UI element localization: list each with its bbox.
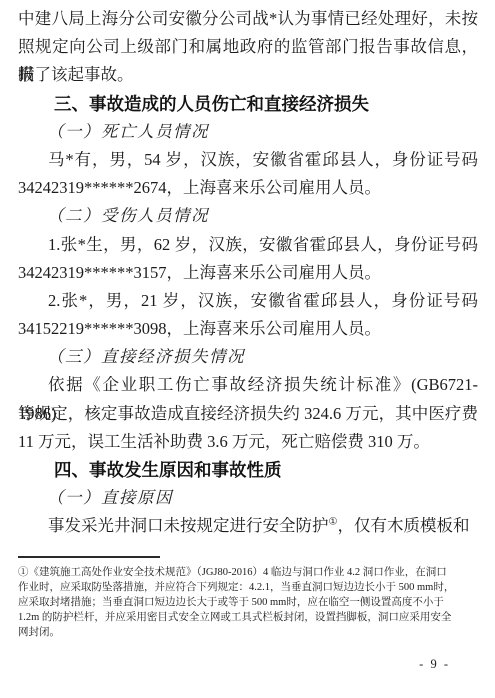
- body-line: 依据《企业职工伤亡事故经济损失统计标准》(GB6721-1986): [18, 371, 478, 399]
- footnote-line: 1.2m 的防护栏杆，并应采用密目式安全立网或工具式栏板封闭，设置挡脚板，洞口应…: [18, 610, 480, 625]
- subsection-heading-economic-loss: （三）直接经济损失情况: [18, 343, 478, 371]
- section-heading-3: 三、事故造成的人员伤亡和直接经济损失: [18, 90, 478, 118]
- body-line: 照规定向公司上级部门和属地政府的监管部门报告事故信息，瞒: [18, 33, 478, 61]
- cause-text-post: ，仅有木质模板和: [337, 516, 469, 535]
- body-line: 34152219******3098，上海喜来乐公司雇用人员。: [18, 315, 478, 343]
- document-body: 中建八局上海分公司安徽分公司战*认为事情已经处理好，未按 照规定向公司上级部门和…: [18, 5, 478, 541]
- document-page: 中建八局上海分公司安徽分公司战*认为事情已经处理好，未按 照规定向公司上级部门和…: [0, 0, 495, 698]
- body-line: 34242319******3157，上海喜来乐公司雇用人员。: [18, 259, 478, 287]
- body-line: 等规定，核定事故造成直接经济损失约 324.6 万元，其中医疗费: [18, 400, 478, 428]
- body-line: 事发采光井洞口未按规定进行安全防护①，仅有木质模板和: [18, 512, 478, 540]
- footnote-line: 作业时，应采取防坠落措施，并应符合下列规定：4.2.1，当垂直洞口短边边长小于 …: [18, 580, 480, 595]
- subsection-heading-death: （一）死亡人员情况: [18, 118, 478, 146]
- section-heading-4: 四、事故发生原因和事故性质: [18, 456, 478, 484]
- subsection-heading-direct-cause: （一）直接原因: [18, 484, 478, 512]
- footnote-line: ①《建筑施工高处作业安全技术规范》（JGJ80-2016）4 临边与洞口作业 4…: [18, 565, 480, 580]
- body-line: 马*有，男，54 岁，汉族，安徽省霍邱县人，身份证号码: [18, 146, 478, 174]
- page-number: - 9 -: [419, 657, 450, 672]
- cause-text-pre: 事发采光井洞口未按规定进行安全防护: [48, 516, 329, 535]
- footnote-block: ①《建筑施工高处作业安全技术规范》（JGJ80-2016）4 临边与洞口作业 4…: [18, 556, 480, 640]
- body-line: 11 万元，误工生活补助费 3.6 万元，死亡赔偿费 310 万。: [18, 428, 478, 456]
- footnote-divider: [18, 556, 160, 558]
- footnote-line: 应采取封堵措施；当垂直洞口短边边长大于或等于 500 mm时，应在临空一侧设置高…: [18, 595, 480, 610]
- body-line: 34242319******2674，上海喜来乐公司雇用人员。: [18, 174, 478, 202]
- subsection-heading-injured: （二）受伤人员情况: [18, 202, 478, 230]
- body-line: 中建八局上海分公司安徽分公司战*认为事情已经处理好，未按: [18, 5, 478, 33]
- body-line: 1.张*生，男，62 岁，汉族，安徽省霍邱县人，身份证号码: [18, 231, 478, 259]
- body-line: 2.张*，男，21 岁，汉族，安徽省霍邱县人，身份证号码: [18, 287, 478, 315]
- body-line: 报了该起事故。: [18, 61, 478, 89]
- footnote-line: 网封闭。: [18, 625, 480, 640]
